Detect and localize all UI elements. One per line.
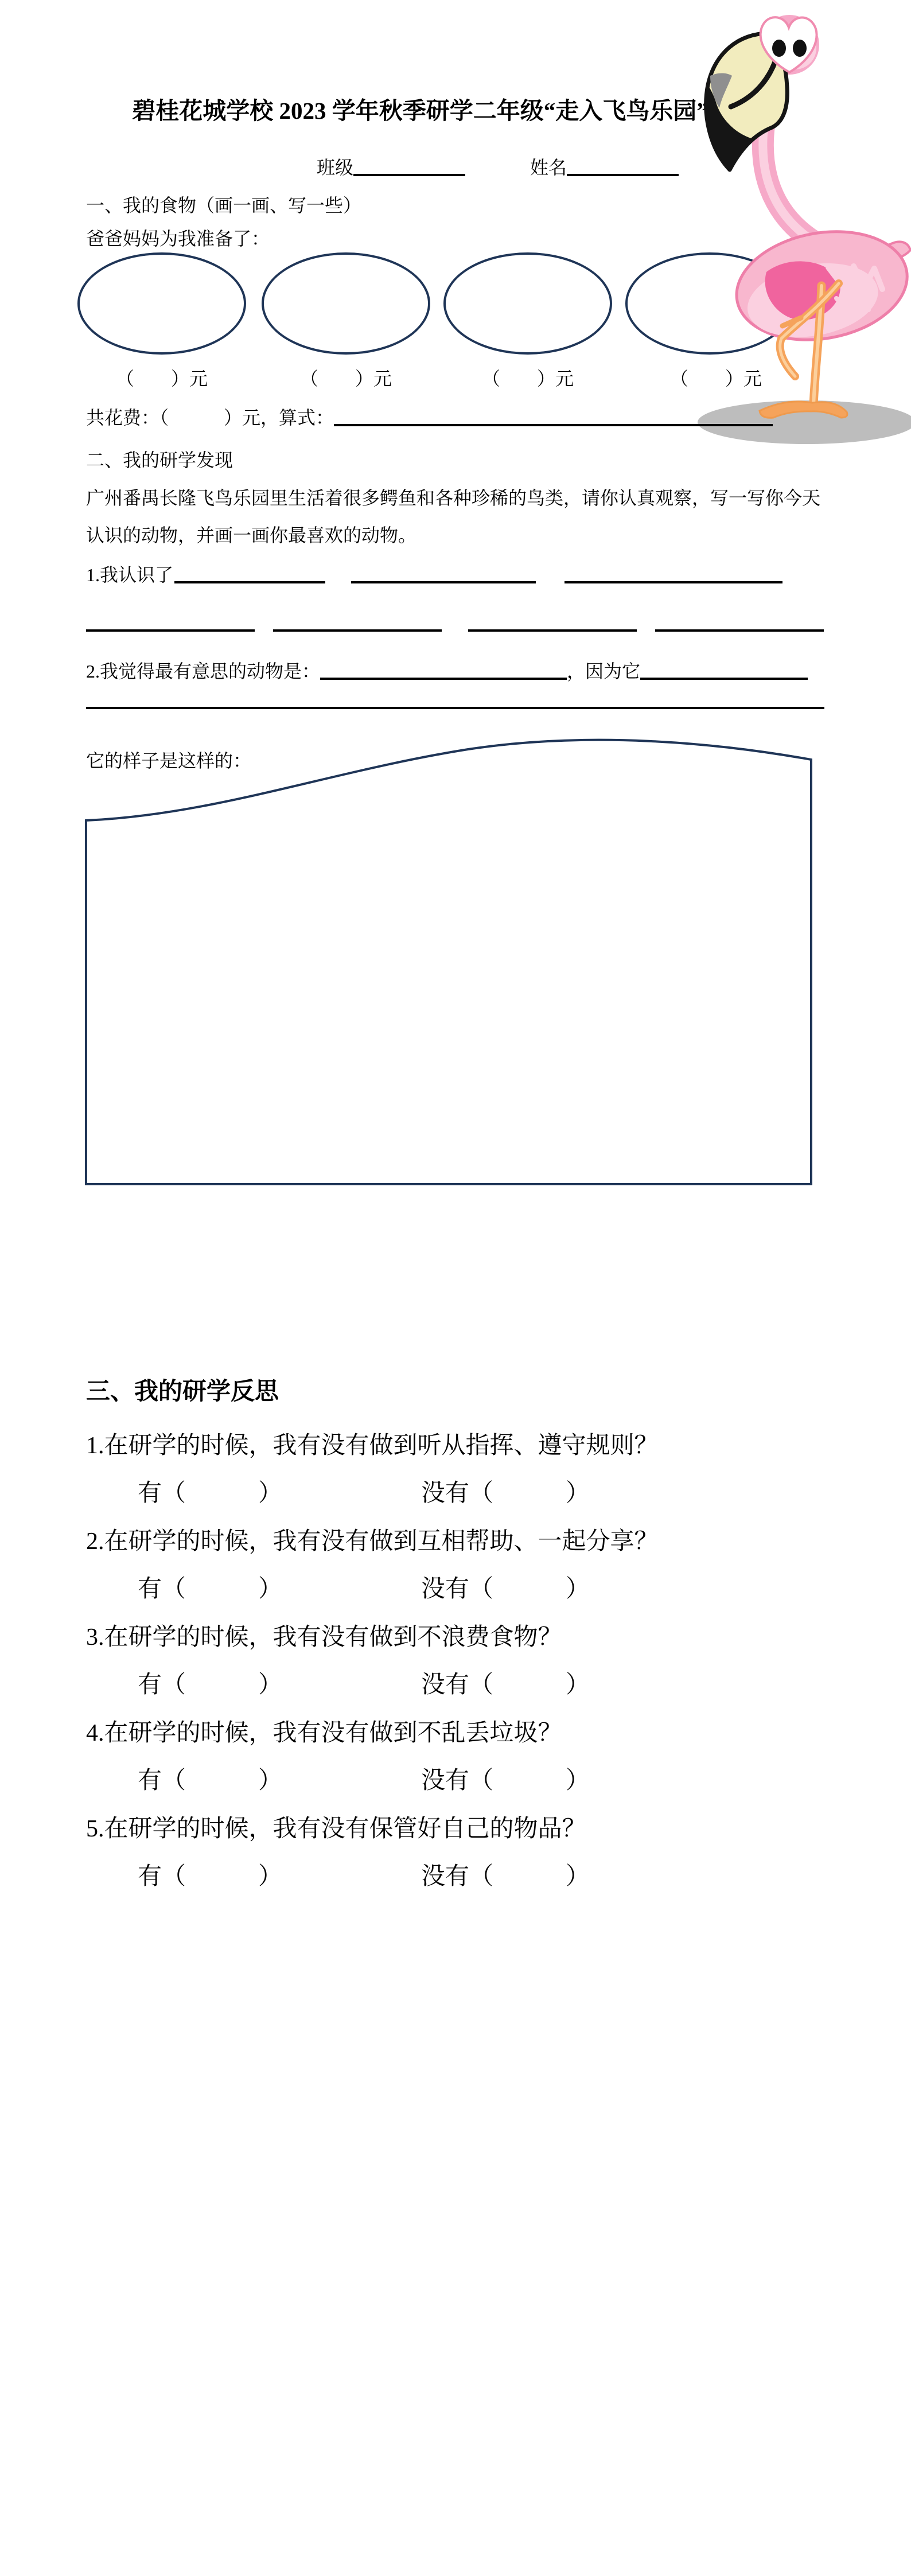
total-cost-line: 共花费：（ ）元，算式： (86, 406, 773, 429)
no-option-2[interactable]: 没有（ ） (421, 1574, 590, 1604)
food-oval-2[interactable] (262, 252, 430, 355)
reflection-question-3: 3.在研学的时候，我有没有做到不浪费食物？ (86, 1622, 562, 1652)
yes-option-3[interactable]: 有（ ） (138, 1670, 282, 1700)
name-blank-line[interactable] (567, 157, 679, 176)
section2-heading: 二、我的研学发现 (86, 449, 233, 472)
blank-line[interactable] (86, 707, 824, 709)
blank-line[interactable] (273, 612, 442, 632)
reflection-question-4: 4.在研学的时候，我有没有做到不乱丢垃圾？ (86, 1718, 562, 1748)
blank-line[interactable] (86, 612, 255, 632)
price-label-1: （ ）元 (116, 367, 208, 390)
blank-line[interactable] (655, 612, 824, 632)
section2-intro-line1: 广州番禺长隆飞鸟乐园里生活着很多鳄鱼和各种珍稀的鸟类，请你认真观察，写一写你今天 (86, 487, 820, 509)
question2-infix: ，因为它 (567, 661, 640, 682)
question2-line: 2.我觉得最有意思的动物是：，因为它 (86, 660, 808, 683)
name-label: 姓名 (530, 157, 567, 178)
yes-option-4[interactable]: 有（ ） (138, 1766, 282, 1796)
yes-option-2[interactable]: 有（ ） (138, 1574, 282, 1604)
flamingo-foot (760, 402, 847, 418)
food-oval-1[interactable] (77, 252, 246, 355)
blank-line[interactable] (320, 660, 567, 680)
reflection-question-1: 1.在研学的时候，我有没有做到听从指挥、遵守规则？ (86, 1431, 659, 1461)
question1-line: 1.我认识了 (86, 563, 782, 586)
no-option-4[interactable]: 没有（ ） (421, 1766, 590, 1796)
no-option-3[interactable]: 没有（ ） (421, 1670, 590, 1700)
price-label-3: （ ）元 (482, 367, 574, 390)
blank-line[interactable] (640, 660, 808, 680)
price-label-2: （ ）元 (300, 367, 392, 390)
name-field: 姓名 (530, 156, 679, 179)
yes-option-5[interactable]: 有（ ） (138, 1862, 282, 1892)
reflection-question-5: 5.在研学的时候，我有没有保管好自己的物品？ (86, 1814, 586, 1844)
blank-line[interactable] (468, 612, 637, 632)
blank-line[interactable] (174, 564, 325, 583)
class-blank-line[interactable] (353, 157, 465, 176)
class-label: 班级 (317, 157, 353, 178)
section2-intro-line2: 认识的动物，并画一画你最喜欢的动物。 (86, 524, 416, 547)
blank-line[interactable] (564, 564, 782, 583)
reflection-question-2: 2.在研学的时候，我有没有做到互相帮助、一起分享？ (86, 1527, 659, 1557)
no-option-1[interactable]: 没有（ ） (421, 1478, 590, 1508)
answer-blanks-row (86, 612, 824, 635)
total-cost-prefix: 共花费：（ ）元，算式： (86, 407, 334, 428)
section1-heading: 一、我的食物（画一画、写一些） (86, 194, 361, 217)
yes-option-1[interactable]: 有（ ） (138, 1478, 282, 1508)
question1-prefix: 1.我认识了 (86, 565, 173, 585)
worksheet-page: 碧桂花城学校 2023 学年秋季研学二年级“走入飞鸟乐园”研学单 班级 姓名 一… (0, 0, 911, 2576)
section1-intro: 爸爸妈妈为我准备了： (86, 227, 270, 250)
drawing-box-outline (86, 740, 811, 1184)
food-oval-3[interactable] (443, 252, 612, 355)
question2-prefix: 2.我觉得最有意思的动物是： (86, 661, 320, 682)
flamingo-illustration (693, 0, 911, 445)
no-option-5[interactable]: 没有（ ） (421, 1862, 590, 1892)
class-field: 班级 (317, 156, 465, 179)
blank-line[interactable] (351, 564, 536, 583)
drawing-box[interactable] (84, 733, 813, 1186)
section3-heading: 三、我的研学反思 (86, 1377, 279, 1407)
